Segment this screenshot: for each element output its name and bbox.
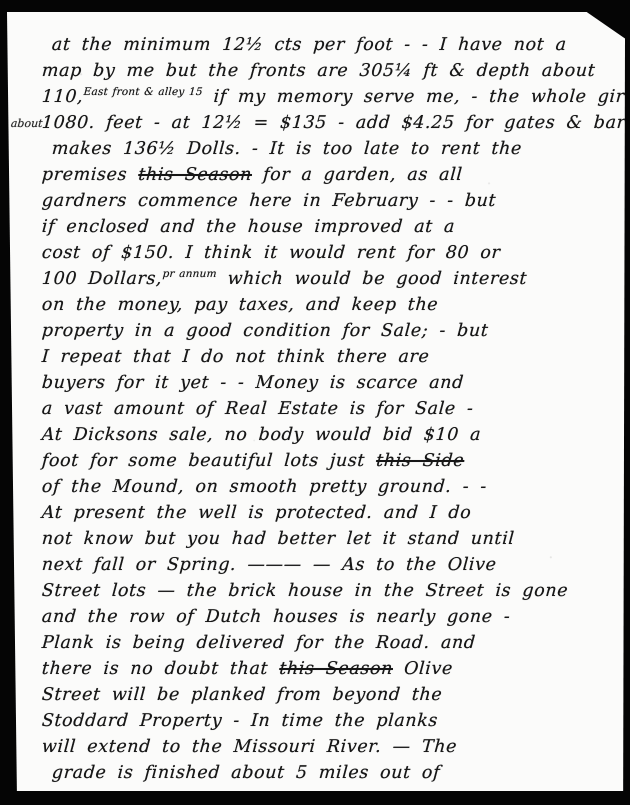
line-text: on the money, pay taxes, and keep the <box>41 295 439 315</box>
handwritten-line: Street will be planked from beyond the <box>41 682 613 708</box>
line-text: I repeat that I do not think there are <box>41 347 430 367</box>
handwritten-line: premises this Season for a garden, as al… <box>41 162 613 188</box>
line-text: will extend to the Missouri River. — The <box>41 737 457 757</box>
line-text: premises <box>41 165 139 185</box>
interline-insertion: pr annum <box>162 268 217 280</box>
line-text: makes 136½ Dolls. - It is too late to re… <box>51 139 522 159</box>
line-text: foot for some beautiful lots just <box>41 451 377 471</box>
line-text: 1080. feet - at 12½ = $135 - add $4.25 f… <box>41 113 630 133</box>
handwritten-line: map by me but the fronts are 305¼ ft & d… <box>41 58 613 84</box>
line-text: if my memory serve me, - the whole girth… <box>202 87 630 107</box>
handwritten-line: Stoddard Property - In time the planks <box>41 708 613 734</box>
handwritten-line: 110,East front & alley 15 if my memory s… <box>41 84 613 110</box>
line-text: Stoddard Property - In time the planks <box>41 711 438 731</box>
line-text: next fall or Spring. ——— — As to the Oli… <box>41 555 497 575</box>
line-text: of the Mound, on smooth pretty ground. -… <box>41 477 487 497</box>
handwritten-line: I repeat that I do not think there are <box>41 344 613 370</box>
line-text: cost of $150. I think it would rent for … <box>41 243 501 263</box>
line-text: for a garden, as all <box>251 165 463 185</box>
handwritten-line: of the Mound, on smooth pretty ground. -… <box>41 474 613 500</box>
handwritten-line: will extend to the Missouri River. — The <box>41 734 613 760</box>
struck-through-text: this Season <box>138 165 253 185</box>
handwritten-line: gardners commence here in February - - b… <box>41 188 613 214</box>
handwritten-line: At present the well is protected. and I … <box>41 500 613 526</box>
handwritten-line: about1080. feet - at 12½ = $135 - add $4… <box>41 110 613 136</box>
handwritten-line: on the money, pay taxes, and keep the <box>41 292 613 318</box>
line-text: and the row of Dutch houses is nearly go… <box>41 607 511 627</box>
line-text: there is no doubt that <box>41 659 280 679</box>
line-text: which would be good interest <box>216 269 528 289</box>
handwritten-line: at the minimum 12½ cts per foot - - I ha… <box>41 32 613 58</box>
line-text: Olive <box>392 659 453 679</box>
handwritten-line: buyers for it yet - - Money is scarce an… <box>41 370 613 396</box>
line-text: 100 Dollars, <box>41 269 163 289</box>
line-text: At Dicksons sale, no body would bid $10 … <box>41 425 482 445</box>
line-text: a vast amount of Real Estate is for Sale… <box>41 399 474 419</box>
struck-through-text: this Side <box>376 451 465 471</box>
handwritten-line: foot for some beautiful lots just this S… <box>41 448 613 474</box>
handwritten-line: cost of $150. I think it would rent for … <box>41 240 613 266</box>
letter-paper: at the minimum 12½ cts per foot - - I ha… <box>7 12 625 791</box>
handwritten-line: makes 136½ Dolls. - It is too late to re… <box>41 136 613 162</box>
margin-note: about <box>10 111 44 137</box>
handwritten-text-block: at the minimum 12½ cts per foot - - I ha… <box>41 32 611 786</box>
handwritten-line: grade is finished about 5 miles out of <box>41 760 613 786</box>
line-text: property in a good condition for Sale; -… <box>41 321 489 341</box>
line-text: not know but you had better let it stand… <box>41 529 515 549</box>
line-text: grade is finished about 5 miles out of <box>51 763 441 783</box>
line-text: at the minimum 12½ cts per foot - - I ha… <box>51 35 567 55</box>
line-text: map by me but the fronts are 305¼ ft & d… <box>41 61 596 81</box>
line-text: Street will be planked from beyond the <box>41 685 443 705</box>
handwritten-line: property in a good condition for Sale; -… <box>41 318 613 344</box>
handwritten-line: if enclosed and the house improved at a <box>41 214 613 240</box>
handwritten-line: Street lots — the brick house in the Str… <box>41 578 613 604</box>
struck-through-text: this Season <box>279 659 394 679</box>
handwritten-line: a vast amount of Real Estate is for Sale… <box>41 396 613 422</box>
scanned-document: at the minimum 12½ cts per foot - - I ha… <box>0 0 630 805</box>
handwritten-line: next fall or Spring. ——— — As to the Oli… <box>41 552 613 578</box>
handwritten-line: not know but you had better let it stand… <box>41 526 613 552</box>
line-text: if enclosed and the house improved at a <box>41 217 456 237</box>
handwritten-line: Plank is being delivered for the Road. a… <box>41 630 613 656</box>
line-text: Street lots — the brick house in the Str… <box>41 581 569 601</box>
handwritten-line: At Dicksons sale, no body would bid $10 … <box>41 422 613 448</box>
handwritten-line: and the row of Dutch houses is nearly go… <box>41 604 613 630</box>
line-text: buyers for it yet - - Money is scarce an… <box>41 373 464 393</box>
line-text: Plank is being delivered for the Road. a… <box>41 633 476 653</box>
line-text: gardners commence here in February - - b… <box>41 191 497 211</box>
handwritten-line: there is no doubt that this Season Olive <box>41 656 613 682</box>
interline-insertion: East front & alley 15 <box>83 86 203 98</box>
line-text: At present the well is protected. and I … <box>41 503 472 523</box>
handwritten-line: 100 Dollars,pr annum which would be good… <box>41 266 613 292</box>
line-text: 110, <box>41 87 84 107</box>
